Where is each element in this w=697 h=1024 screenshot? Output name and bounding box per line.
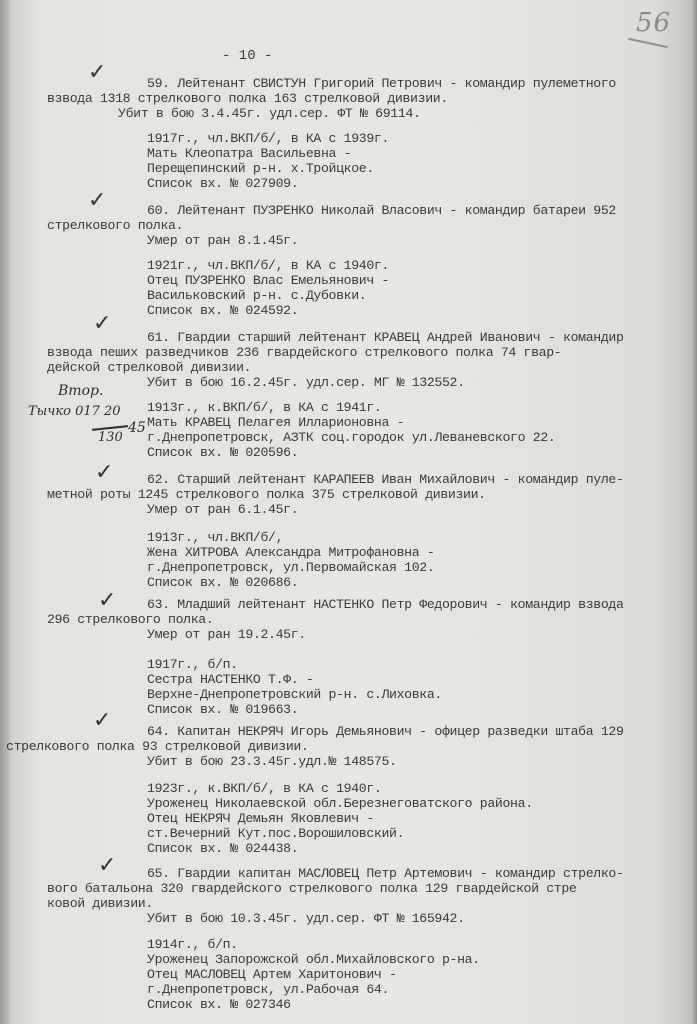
- archive-number-underline: [628, 38, 668, 48]
- entry-text-line: вого батальона 320 гвардейского стрелков…: [47, 881, 576, 896]
- entry-detail-line: Васильковский р-н. с.Дубовки.: [147, 288, 366, 303]
- entry-detail-line: 1913г., к.ВКП/б/, в КА с 1941г.: [147, 400, 381, 415]
- entry-detail-line: Список вх. № 020686.: [147, 575, 298, 590]
- entry-detail-line: Отец МАСЛОВЕЦ Артем Харитонович -: [147, 967, 397, 982]
- entry-detail-line: Отец ПУЗРЕНКО Влас Емельянович -: [147, 273, 389, 288]
- entry-detail-line: Отец НЕКРЯЧ Демьян Яковлевич -: [147, 811, 374, 826]
- entry-text-line: ковой дивизии.: [47, 896, 153, 911]
- entry-text-line: Убит в бою 16.2.45г. удл.сер. МГ № 13255…: [147, 375, 465, 390]
- entry-text-line: стрелкового полка.: [47, 218, 183, 233]
- entry-detail-line: Сестра НАСТЕНКО Т.Ф. -: [147, 672, 313, 687]
- entry-detail-line: Список вх. № 027909.: [147, 176, 298, 191]
- entry-detail-line: ст.Вечерний Кут.пос.Ворошиловский.: [147, 826, 404, 841]
- entry-text-line: Убит в бою 23.3.45г.удл.№ 148575.: [147, 754, 397, 769]
- entry-detail-line: Список вх. № 020596.: [147, 445, 298, 460]
- page-number: - 10 -: [222, 48, 272, 64]
- entry-detail-line: Мать Клеопатра Васильевна -: [147, 146, 351, 161]
- entry-detail-line: г.Днепропетровск, АЗТК соц.городок ул.Ле…: [147, 430, 555, 445]
- entry-heading-line: 61. Гвардии старший лейтенант КРАВЕЦ Анд…: [147, 330, 624, 345]
- entry-detail-line: Уроженец Николаевской обл.Березнеговатск…: [147, 796, 533, 811]
- entry-detail-line: 1917г., чл.ВКП/б/, в КА с 1939г.: [147, 131, 389, 146]
- entry-heading-line: 63. Младший лейтенант НАСТЕНКО Петр Федо…: [147, 597, 624, 612]
- checkmark-icon: ✓: [88, 62, 106, 84]
- entry-text-line: Убит в бою 10.3.45г. удл.сер. ФТ № 16594…: [147, 911, 465, 926]
- entry-heading-line: 59. Лейтенант СВИСТУН Григорий Петрович …: [147, 76, 616, 91]
- entry-detail-line: Жена ХИТРОВА Александра Митрофановна -: [147, 545, 434, 560]
- entry-detail-line: Перещепинский р-н. х.Тройцкое.: [147, 161, 374, 176]
- checkmark-icon: ✓: [98, 855, 116, 877]
- entry-text-line: Убит в бою 3.4.45г. удл.сер. ФТ № 69114.: [118, 106, 421, 121]
- archive-sheet-number: 56: [636, 8, 671, 38]
- entry-detail-line: 1913г., чл.ВКП/б/,: [147, 530, 283, 545]
- entry-text-line: Умер от ран 19.2.45г.: [147, 627, 306, 642]
- entry-text-line: взвода пеших разведчиков 236 гвардейског…: [47, 345, 561, 360]
- entry-heading-line: 65. Гвардии капитан МАСЛОВЕЦ Петр Артемо…: [147, 866, 624, 881]
- entry-heading-line: 64. Капитан НЕКРЯЧ Игорь Демьянович - оф…: [147, 724, 624, 739]
- entry-text-line: стрелкового полка 93 стрелковой дивизии.: [6, 739, 309, 754]
- checkmark-icon: ✓: [93, 313, 111, 335]
- entry-detail-line: Список вх. № 019663.: [147, 702, 298, 717]
- entry-text-line: Умер от ран 8.1.45г.: [147, 233, 298, 248]
- checkmark-icon: ✓: [95, 462, 113, 484]
- handwritten-note: Втор.: [58, 383, 103, 399]
- entry-detail-line: Уроженец Запорожской обл.Михайловского р…: [147, 952, 480, 967]
- entry-text-line: метной роты 1245 стрелкового полка 375 с…: [47, 487, 486, 502]
- entry-text-line: Умер от ран 6.1.45г.: [147, 502, 298, 517]
- handwritten-note: Тычко 017 20: [28, 404, 121, 419]
- page-left-edge: [0, 0, 10, 1024]
- checkmark-icon: ✓: [98, 590, 116, 612]
- entry-detail-line: Список вх. № 024438.: [147, 841, 298, 856]
- entry-detail-line: 1921г., чл.ВКП/б/, в КА с 1940г.: [147, 258, 389, 273]
- checkmark-icon: ✓: [88, 190, 106, 212]
- entry-text-line: 296 стрелкового полка.: [47, 612, 213, 627]
- checkmark-icon: ✓: [93, 710, 111, 732]
- entry-detail-line: 1914г., б/п.: [147, 937, 238, 952]
- entry-detail-line: Список вх. № 024592.: [147, 303, 298, 318]
- entry-text-line: дейской стрелковой дивизии.: [47, 360, 251, 375]
- handwritten-note: 130: [98, 430, 123, 445]
- entry-detail-line: Список вх. № 027346: [147, 997, 291, 1012]
- handwritten-note: 45: [128, 420, 146, 436]
- entry-text-line: взвода 1318 стрелкового полка 163 стрелк…: [47, 91, 448, 106]
- entry-detail-line: Верхне-Днепропетровский р-н. с.Лиховка.: [147, 687, 442, 702]
- entry-detail-line: 1917г., б/п.: [147, 657, 238, 672]
- entry-detail-line: г.Днепропетровск, ул.Первомайская 102.: [147, 560, 434, 575]
- entry-heading-line: 60. Лейтенант ПУЗРЕНКО Николай Власович …: [147, 203, 616, 218]
- entry-detail-line: Мать КРАВЕЦ Пелагея Илларионовна -: [147, 415, 404, 430]
- entry-detail-line: г.Днепропетровск, ул.Рабочая 64.: [147, 982, 389, 997]
- document-page: 56 - 10 - ✓59. Лейтенант СВИСТУН Григори…: [0, 0, 697, 1024]
- entry-detail-line: 1923г., к.ВКП/б/, в КА с 1940г.: [147, 781, 381, 796]
- entry-heading-line: 62. Старший лейтенант КАРАПЕЕВ Иван Миха…: [147, 472, 624, 487]
- page-right-edge: [691, 0, 697, 1024]
